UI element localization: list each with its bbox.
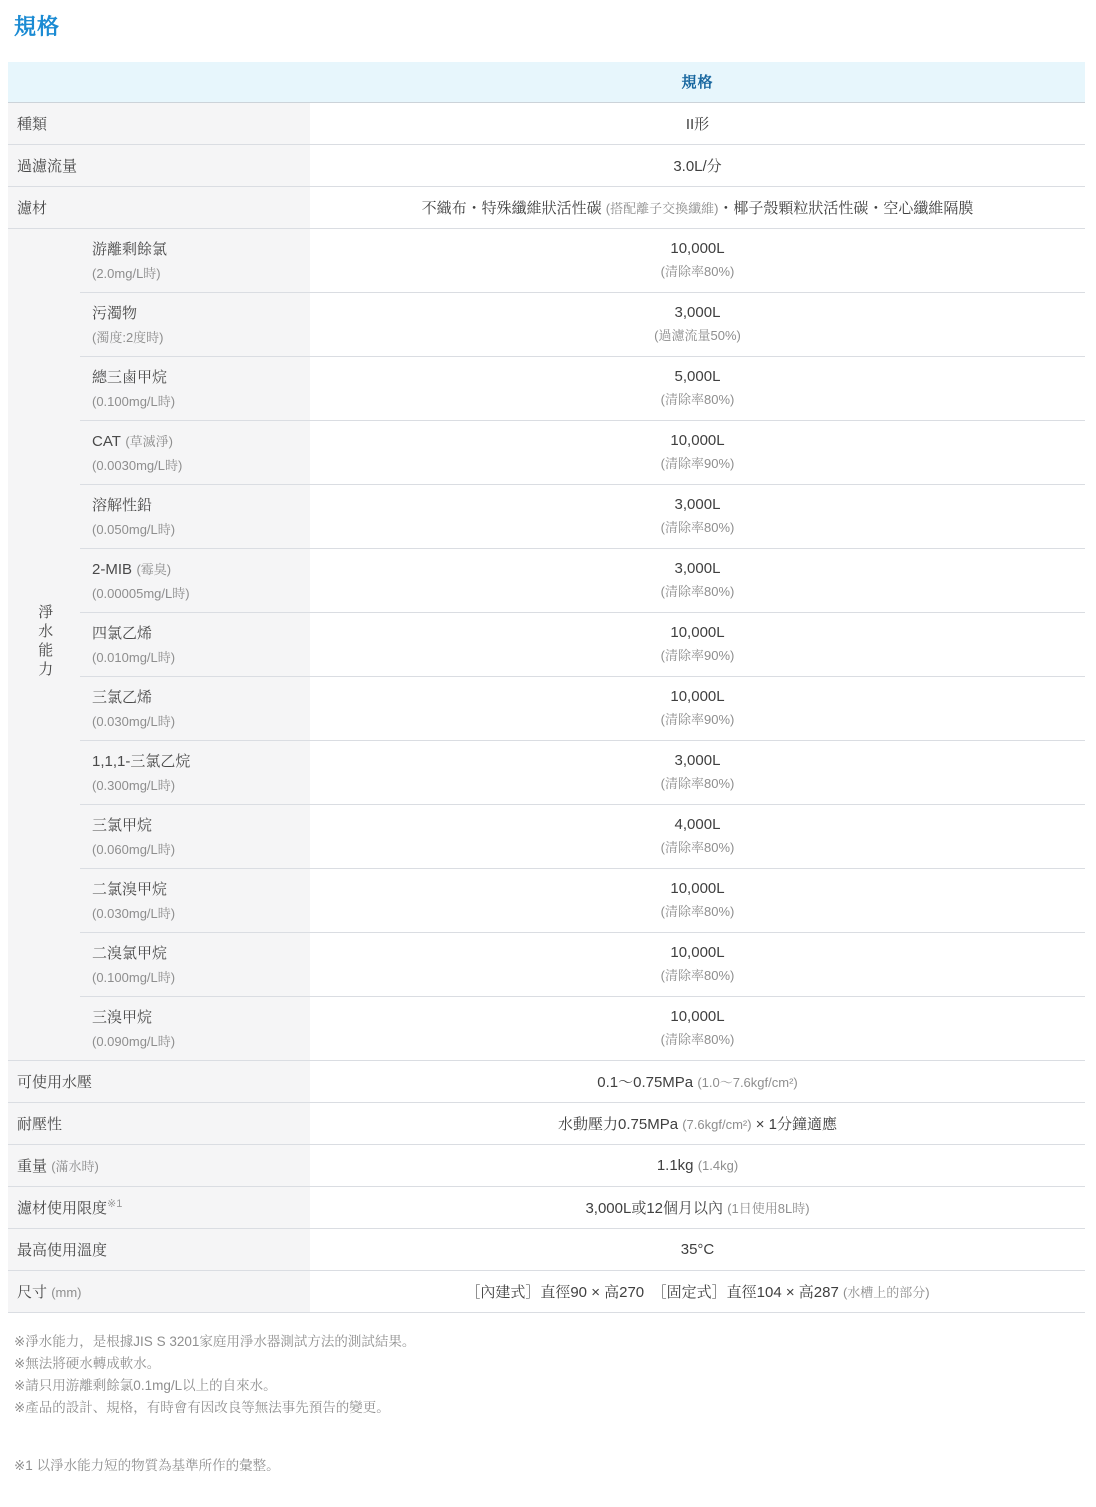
row-value-text: 35°C [681,1241,715,1258]
row-value-cell: 1.1kg (1.4kg) [310,1144,1085,1186]
row-value-cell: 10,000L(清除率80%) [310,932,1085,996]
capacity-row: 三溴甲烷(0.090mg/L時)10,000L(清除率80%) [8,996,1085,1060]
row-value-text: 不織布・特殊纖維狀活性碳 [422,200,606,217]
row-condition: (0.100mg/L時) [92,391,310,410]
row-value: 3,000L [310,496,1085,513]
row-label-cell: 總三鹵甲烷(0.100mg/L時) [80,356,310,420]
row-label-note: (mm) [51,1285,81,1300]
row-value: 10,000L [310,688,1085,705]
row-label-cell: 二氯溴甲烷(0.030mg/L時) [80,868,310,932]
row-condition: (0.010mg/L時) [92,647,310,666]
row-label: 重量 [17,1158,47,1175]
row-value-note: (搭配離子交換纖維) [606,201,719,216]
row-label-cell: 1,1,1-三氯乙烷(0.300mg/L時) [80,740,310,804]
row-value-text: 水動壓力0.75MPa [558,1116,682,1133]
row-label: 最高使用溫度 [17,1242,107,1259]
spec-row: 種類II形 [8,102,1085,144]
row-value: 10,000L [310,624,1085,641]
row-label: 2-MIB [92,561,132,578]
row-value-cell: 3,000L(清除率80%) [310,740,1085,804]
row-label: 三溴甲烷 [92,1009,152,1026]
table-header-label: 規格 [310,62,1085,102]
row-value-text: × 1分鐘適應 [752,1116,837,1133]
capacity-row: 二溴氯甲烷(0.100mg/L時)10,000L(清除率80%) [8,932,1085,996]
capacity-row: CAT (草滅淨)(0.0030mg/L時)10,000L(清除率90%) [8,420,1085,484]
row-label: 溶解性鉛 [92,497,152,514]
row-label: CAT [92,433,121,450]
row-value-cell: 10,000L(清除率90%) [310,420,1085,484]
row-label-footnote-marker: ※1 [107,1198,122,1210]
row-value-note: (清除率90%) [310,453,1085,472]
row-value-text: 3.0L/分 [673,158,721,175]
row-condition: (0.060mg/L時) [92,839,310,858]
row-label-line: 總三鹵甲烷 [92,366,310,387]
capacity-row: 2-MIB (霉臭)(0.00005mg/L時)3,000L(清除率80%) [8,548,1085,612]
capacity-group-cell: 淨水能力 [8,228,80,1060]
row-value-cell: II形 [310,102,1085,144]
capacity-row: 三氯甲烷(0.060mg/L時)4,000L(清除率80%) [8,804,1085,868]
row-label-note: (草滅淨) [125,434,173,449]
row-value-cell: 不織布・特殊纖維狀活性碳 (搭配離子交換纖維)・椰子殼顆粒狀活性碳・空心纖維隔膜 [310,186,1085,228]
row-label-line: 三氯乙烯 [92,686,310,707]
row-value-note: (過濾流量50%) [310,325,1085,344]
row-value-note: (清除率80%) [310,837,1085,856]
row-label-cell: 尺寸 (mm) [8,1270,310,1312]
row-value-text: ［內建式］直徑90 × 高270 ［固定式］直徑104 × 高287 [465,1284,843,1301]
row-condition: (0.090mg/L時) [92,1031,310,1050]
row-label-cell: 溶解性鉛(0.050mg/L時) [80,484,310,548]
row-value-note: (1.4kg) [698,1158,738,1173]
row-value-cell: 10,000L(清除率80%) [310,228,1085,292]
row-label-line: CAT (草滅淨) [92,431,310,451]
row-value-text: 3,000L或12個月以內 [585,1200,727,1217]
capacity-row: 三氯乙烯(0.030mg/L時)10,000L(清除率90%) [8,676,1085,740]
row-label: 三氯乙烯 [92,689,152,706]
spec-row: 濾材不織布・特殊纖維狀活性碳 (搭配離子交換纖維)・椰子殼顆粒狀活性碳・空心纖維… [8,186,1085,228]
row-value-cell: 35°C [310,1228,1085,1270]
row-label: 濾材 [17,200,47,217]
row-label: 三氯甲烷 [92,817,152,834]
row-value-cell: 5,000L(清除率80%) [310,356,1085,420]
row-value-note: (水槽上的部分) [843,1285,930,1300]
row-value-note: (清除率80%) [310,773,1085,792]
table-header-spacer [8,62,310,102]
row-value: 10,000L [310,880,1085,897]
row-condition: (0.0030mg/L時) [92,455,310,474]
row-value-text: 0.1〜0.75MPa [597,1074,697,1091]
row-value-note: (清除率80%) [310,901,1085,920]
row-label-line: 二氯溴甲烷 [92,878,310,899]
row-label: 耐壓性 [17,1116,62,1133]
row-condition: (0.100mg/L時) [92,967,310,986]
row-value: 10,000L [310,432,1085,449]
footnotes: ※淨水能力，是根據JIS S 3201家庭用淨水器測試方法的測試結果。※無法將硬… [14,1331,1085,1419]
row-label-line: 2-MIB (霉臭) [92,559,310,579]
spec-table: 規格 種類II形過濾流量3.0L/分濾材不織布・特殊纖維狀活性碳 (搭配離子交換… [8,62,1085,1313]
row-label-cell: 三溴甲烷(0.090mg/L時) [80,996,310,1060]
spec-row: 尺寸 (mm)［內建式］直徑90 × 高270 ［固定式］直徑104 × 高28… [8,1270,1085,1312]
row-condition: (0.030mg/L時) [92,903,310,922]
row-value-note: (清除率80%) [310,261,1085,280]
row-label-cell: 可使用水壓 [8,1060,310,1102]
footnote-line: ※淨水能力，是根據JIS S 3201家庭用淨水器測試方法的測試結果。 [14,1331,1085,1353]
row-value: 5,000L [310,368,1085,385]
row-value-note: (清除率80%) [310,965,1085,984]
row-label-line: 三溴甲烷 [92,1006,310,1027]
row-label-note: (滿水時) [51,1159,99,1174]
row-label-cell: 2-MIB (霉臭)(0.00005mg/L時) [80,548,310,612]
row-label-line: 污濁物 [92,302,310,323]
row-label-cell: 濾材使用限度※1 [8,1186,310,1228]
row-value-cell: 3,000L(清除率80%) [310,484,1085,548]
spec-row: 耐壓性水動壓力0.75MPa (7.6kgf/cm²) × 1分鐘適應 [8,1102,1085,1144]
row-condition: (0.00005mg/L時) [92,583,310,602]
row-value: 3,000L [310,304,1085,321]
row-value-cell: ［內建式］直徑90 × 高270 ［固定式］直徑104 × 高287 (水槽上的… [310,1270,1085,1312]
row-condition: (2.0mg/L時) [92,263,310,282]
capacity-row: 污濁物(濁度:2度時)3,000L(過濾流量50%) [8,292,1085,356]
spec-row: 可使用水壓0.1〜0.75MPa (1.0〜7.6kgf/cm²) [8,1060,1085,1102]
row-value-text: 1.1kg [657,1157,698,1174]
row-label-line: 四氯乙烯 [92,622,310,643]
row-value-note: (1.0〜7.6kgf/cm²) [697,1075,797,1090]
spec-page: 規格 規格 種類II形過濾流量3.0L/分濾材不織布・特殊纖維狀活性碳 (搭配離… [0,0,1096,1507]
row-value-cell: 3.0L/分 [310,144,1085,186]
row-value-cell: 3,000L(過濾流量50%) [310,292,1085,356]
spec-row: 最高使用溫度35°C [8,1228,1085,1270]
row-value-note: (清除率80%) [310,517,1085,536]
row-label: 濾材使用限度 [17,1200,107,1217]
row-label-cell: 重量 (滿水時) [8,1144,310,1186]
row-label: 可使用水壓 [17,1074,92,1091]
capacity-row: 淨水能力游離剩餘氯(2.0mg/L時)10,000L(清除率80%) [8,228,1085,292]
row-value-cell: 3,000L或12個月以內 (1日使用8L時) [310,1186,1085,1228]
capacity-row: 溶解性鉛(0.050mg/L時)3,000L(清除率80%) [8,484,1085,548]
row-value: 3,000L [310,560,1085,577]
row-label-line: 游離剩餘氯 [92,238,310,259]
row-value: 3,000L [310,752,1085,769]
row-label-cell: 四氯乙烯(0.010mg/L時) [80,612,310,676]
row-value-note: (清除率90%) [310,645,1085,664]
row-value-cell: 10,000L(清除率80%) [310,868,1085,932]
row-value: 4,000L [310,816,1085,833]
row-label-cell: CAT (草滅淨)(0.0030mg/L時) [80,420,310,484]
row-label-line: 1,1,1-三氯乙烷 [92,750,310,771]
row-condition: (0.050mg/L時) [92,519,310,538]
row-label-line: 二溴氯甲烷 [92,942,310,963]
row-label-cell: 濾材 [8,186,310,228]
row-label-note: (霉臭) [136,562,171,577]
row-label-cell: 過濾流量 [8,144,310,186]
row-condition: (0.300mg/L時) [92,775,310,794]
footnote-extra: ※1 以淨水能力短的物質為基準所作的彙整。 [14,1455,1085,1477]
row-label-cell: 最高使用溫度 [8,1228,310,1270]
row-value-cell: 3,000L(清除率80%) [310,548,1085,612]
row-label-line: 三氯甲烷 [92,814,310,835]
row-value-cell: 10,000L(清除率90%) [310,676,1085,740]
row-condition: (0.030mg/L時) [92,711,310,730]
row-label: 四氯乙烯 [92,625,152,642]
row-value-note: (清除率80%) [310,1029,1085,1048]
row-value-note: (清除率80%) [310,389,1085,408]
row-value-note: (清除率90%) [310,709,1085,728]
row-value-note: (7.6kgf/cm²) [682,1117,751,1132]
page-title: 規格 [14,10,1085,41]
spec-row: 重量 (滿水時)1.1kg (1.4kg) [8,1144,1085,1186]
row-value: 10,000L [310,240,1085,257]
row-label: 二氯溴甲烷 [92,881,167,898]
row-value-cell: 0.1〜0.75MPa (1.0〜7.6kgf/cm²) [310,1060,1085,1102]
row-value-text: II形 [686,116,709,133]
row-label-cell: 二溴氯甲烷(0.100mg/L時) [80,932,310,996]
row-label-line: 溶解性鉛 [92,494,310,515]
spec-row: 濾材使用限度※13,000L或12個月以內 (1日使用8L時) [8,1186,1085,1228]
row-label: 游離剩餘氯 [92,241,167,258]
row-label: 尺寸 [17,1284,47,1301]
row-value-text: ・椰子殼顆粒狀活性碳・空心纖維隔膜 [718,200,973,217]
row-value-cell: 10,000L(清除率90%) [310,612,1085,676]
row-value: 10,000L [310,944,1085,961]
capacity-row: 1,1,1-三氯乙烷(0.300mg/L時)3,000L(清除率80%) [8,740,1085,804]
row-label: 二溴氯甲烷 [92,945,167,962]
row-label: 污濁物 [92,305,137,322]
row-value-cell: 4,000L(清除率80%) [310,804,1085,868]
footnote-line: ※請只用游離剩餘氯0.1mg/L以上的自來水。 [14,1375,1085,1397]
capacity-row: 總三鹵甲烷(0.100mg/L時)5,000L(清除率80%) [8,356,1085,420]
row-condition: (濁度:2度時) [92,327,310,346]
row-label-cell: 耐壓性 [8,1102,310,1144]
capacity-row: 二氯溴甲烷(0.030mg/L時)10,000L(清除率80%) [8,868,1085,932]
row-label-cell: 種類 [8,102,310,144]
row-label-cell: 三氯乙烯(0.030mg/L時) [80,676,310,740]
capacity-group-label: 淨水能力 [36,604,53,680]
row-label-cell: 三氯甲烷(0.060mg/L時) [80,804,310,868]
row-value-note: (清除率80%) [310,581,1085,600]
row-value: 10,000L [310,1008,1085,1025]
footnote-line: ※無法將硬水轉成軟水。 [14,1353,1085,1375]
capacity-row: 四氯乙烯(0.010mg/L時)10,000L(清除率90%) [8,612,1085,676]
spec-row: 過濾流量3.0L/分 [8,144,1085,186]
row-label: 總三鹵甲烷 [92,369,167,386]
row-label: 種類 [17,116,47,133]
row-value-cell: 10,000L(清除率80%) [310,996,1085,1060]
row-value-cell: 水動壓力0.75MPa (7.6kgf/cm²) × 1分鐘適應 [310,1102,1085,1144]
row-label-cell: 污濁物(濁度:2度時) [80,292,310,356]
table-header-row: 規格 [8,62,1085,102]
row-value-note: (1日使用8L時) [727,1201,809,1216]
footnote-line: ※產品的設計、規格，有時會有因改良等無法事先預告的變更。 [14,1397,1085,1419]
row-label: 1,1,1-三氯乙烷 [92,753,190,770]
row-label: 過濾流量 [17,158,77,175]
row-label-cell: 游離剩餘氯(2.0mg/L時) [80,228,310,292]
